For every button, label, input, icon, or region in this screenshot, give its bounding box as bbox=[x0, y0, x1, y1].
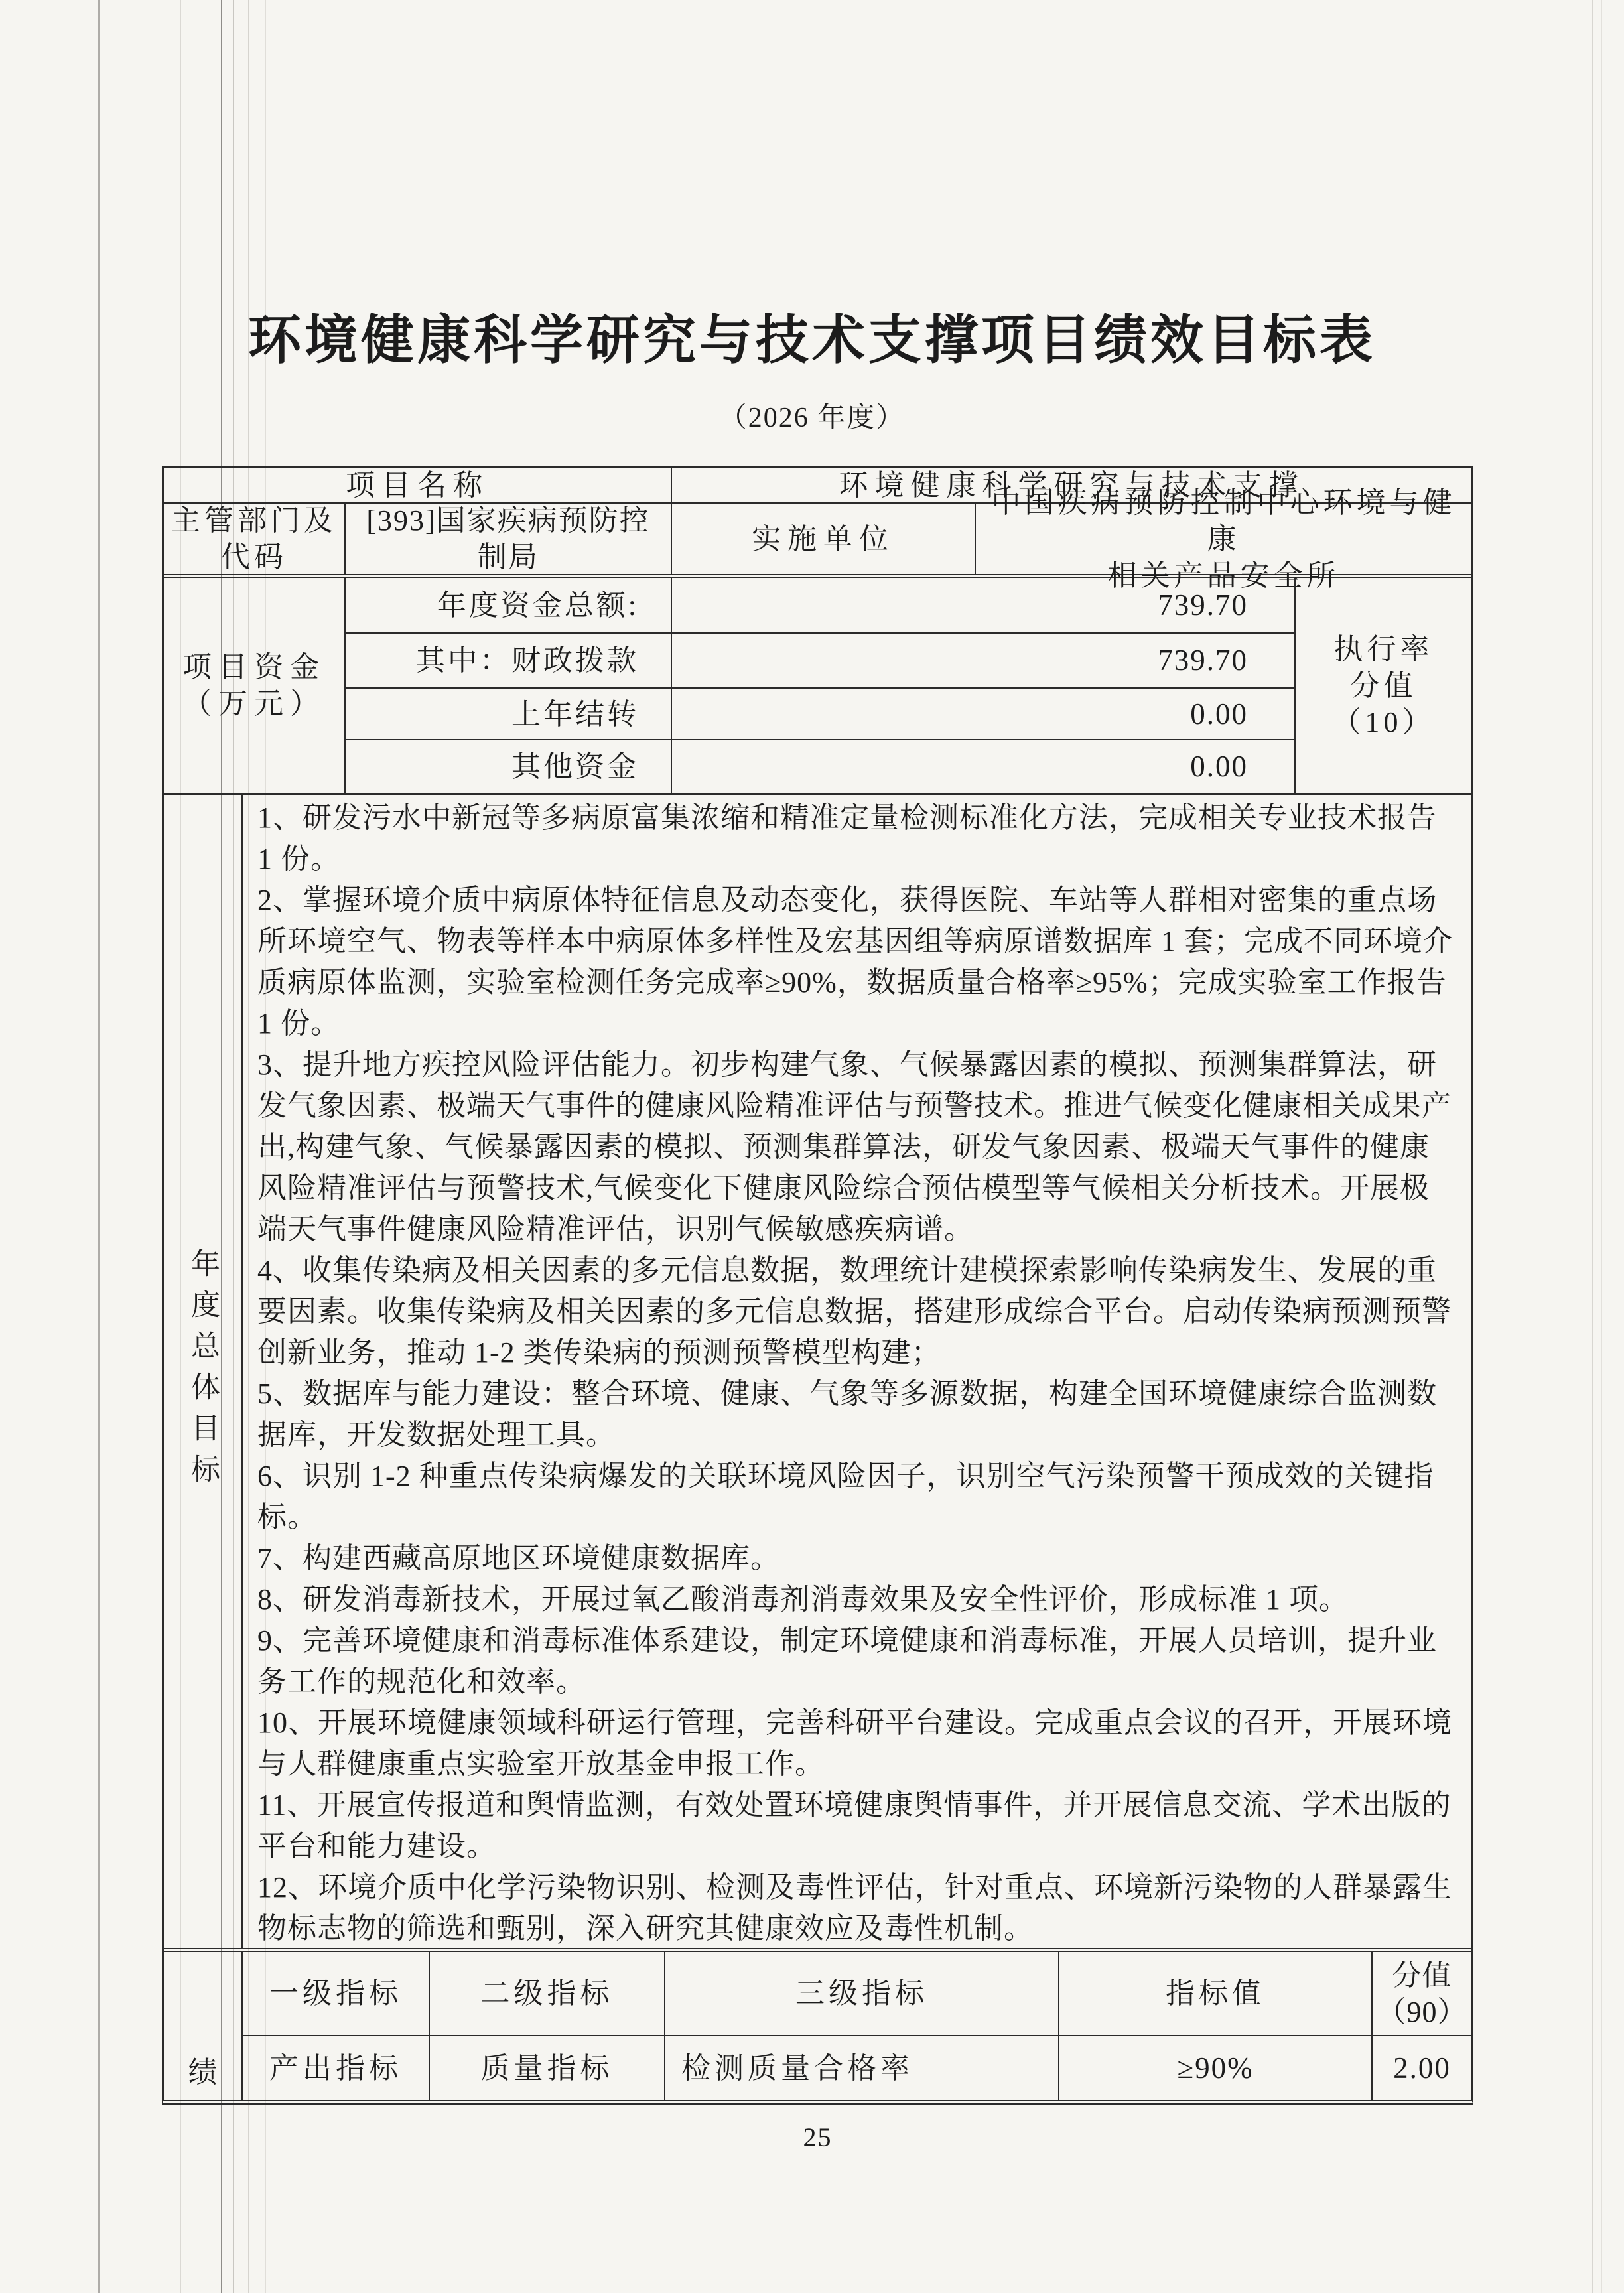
indicator-header-level2: 二级指标 bbox=[430, 1952, 665, 2036]
funding-row-label: 年度资金总额: bbox=[346, 578, 672, 634]
text-line: 务工作的规范化和效率。 bbox=[257, 1661, 586, 1702]
text-line: 据库，开发数据处理工具。 bbox=[257, 1415, 616, 1456]
text-line: 平台和能力建设。 bbox=[257, 1826, 496, 1867]
funding-row-label: 其中：财政拨款 bbox=[346, 634, 672, 689]
funding-row-label: 其他资金 bbox=[346, 740, 672, 793]
table-section-funding: 项目资金（万元） 年度资金总额: 739.70 其中：财政拨款 739.70 上… bbox=[164, 574, 1471, 793]
implementing-unit-value-cell: 中国疾病预防控制中心环境与健康相关产品安全所 bbox=[976, 504, 1471, 574]
document-subtitle: （2026 年度） bbox=[0, 395, 1624, 435]
text-line: 分值 bbox=[1351, 667, 1417, 704]
text-line: 3、提升地方疾控风险评估能力。初步构建气象、气候暴露因素的模拟、预测集群算法，研 bbox=[257, 1044, 1437, 1085]
indicator-header-level3: 三级指标 bbox=[665, 1952, 1059, 2036]
document-title: 环境健康科学研究与技术支撑项目绩效目标表 bbox=[0, 297, 1624, 374]
indicator-cell-level3: 检测质量合格率 bbox=[665, 2036, 1059, 2100]
text-line: 7、构建西藏高原地区环境健康数据库。 bbox=[257, 1538, 780, 1579]
text-line: 4、收集传染病及相关因素的多元信息数据，数理统计建模探索影响传染病发生、发展的重 bbox=[257, 1250, 1437, 1291]
annual-goals-text-cell: 1、研发污水中新冠等多病原富集浓缩和精准定量检测标准化方法，完成相关专业技术报告… bbox=[243, 795, 1471, 1948]
text-line: 制局 bbox=[478, 539, 539, 575]
text-line: 10、开展环境健康领域科研运行管理，完善科研平台建设。完成重点会议的召开，开展环… bbox=[257, 1702, 1452, 1744]
table-section-header: 项目名称 环境健康科学研究与技术支撑 主管部门及代码 [393]国家疾病预防控制… bbox=[164, 468, 1471, 574]
indicator-cell-target: ≥90% bbox=[1059, 2036, 1373, 2100]
text-line: 创新业务，推动 1-2 类传染病的预测预警模型构建； bbox=[257, 1332, 941, 1373]
funding-row-value: 0.00 bbox=[672, 740, 1296, 793]
text-line: 12、环境介质中化学污染物识别、检测及毒性评估，针对重点、环境新污染物的人群暴露… bbox=[257, 1867, 1452, 1908]
text-line: （万元） bbox=[182, 685, 326, 722]
text-line: 8、研发消毒新技术，开展过氧乙酸消毒剂消毒效果及安全性评价，形成标准 1 项。 bbox=[257, 1579, 1349, 1620]
text-line: 代码 bbox=[221, 539, 287, 575]
execution-rate-score-cell: 执行率分值（10） bbox=[1296, 578, 1471, 793]
text-line: 1 份。 bbox=[257, 1003, 340, 1044]
funding-row-value: 739.70 bbox=[672, 578, 1296, 634]
project-name-label-cell: 项目名称 bbox=[164, 468, 672, 504]
text-line: 质病原体监测，实验室检测任务完成率≥90%，数据质量合格率≥95%；完成实验室工… bbox=[257, 962, 1447, 1003]
implementing-unit-label-cell: 实施单位 bbox=[672, 504, 976, 574]
text-line: 所环境空气、物表等样本中病原体多样性及宏基因组等病原谱数据库 1 套；完成不同环… bbox=[257, 921, 1453, 962]
text-line: 6、识别 1-2 种重点传染病爆发的关联环境风险因子，识别空气污染预警干预成效的… bbox=[257, 1456, 1434, 1497]
indicator-header-target: 指标值 bbox=[1059, 1952, 1373, 2036]
text-line: 主管部门及 bbox=[171, 502, 337, 539]
indicator-section-label-cell: 绩 bbox=[164, 1952, 243, 2100]
text-line: 要因素。收集传染病及相关因素的多元信息数据，搭建形成综合平台。启动传染病预测预警 bbox=[257, 1291, 1452, 1332]
text-line: 1、研发污水中新冠等多病原富集浓缩和精准定量检测标准化方法，完成相关专业技术报告 bbox=[257, 798, 1437, 839]
indicator-cell-score: 2.00 bbox=[1373, 2036, 1471, 2100]
indicator-header-score: 分值（90） bbox=[1373, 1952, 1471, 2036]
funding-row-value: 0.00 bbox=[672, 689, 1296, 740]
text-line: 11、开展宣传报道和舆情监测，有效处置环境健康舆情事件，并开展信息交流、学术出版… bbox=[257, 1785, 1451, 1826]
funding-section-label-cell: 项目资金（万元） bbox=[164, 578, 346, 793]
text-line: 1 份。 bbox=[257, 839, 340, 880]
table-section-indicators: 绩 一级指标 二级指标 三级指标 指标值 分值（90） 产出指标 质量指标 检测… bbox=[164, 1948, 1471, 2100]
text-line: 物标志物的筛选和甄别，深入研究其健康效应及毒性机制。 bbox=[257, 1908, 1034, 1949]
text-line: 执行率 bbox=[1334, 631, 1434, 667]
text-line: 9、完善环境健康和消毒标准体系建设，制定环境健康和消毒标准，开展人员培训，提升业 bbox=[257, 1620, 1437, 1661]
text-line: 发气象因素、极端天气事件的健康风险精准评估与预警技术。推进气候变化健康相关成果产 bbox=[257, 1085, 1452, 1127]
funding-row-value: 739.70 bbox=[672, 634, 1296, 689]
funding-row-label: 上年结转 bbox=[346, 689, 672, 740]
text-line: 风险精准评估与预警技术,气候变化下健康风险综合预估模型等气候相关分析技术。开展极 bbox=[257, 1168, 1430, 1209]
text-line: 中国疾病预防控制中心环境与健康 bbox=[976, 484, 1471, 557]
text-line: [393]国家疾病预防控 bbox=[366, 502, 649, 539]
dept-label-cell: 主管部门及代码 bbox=[164, 504, 346, 574]
performance-target-table: 项目名称 环境健康科学研究与技术支撑 主管部门及代码 [393]国家疾病预防控制… bbox=[162, 466, 1473, 2105]
text-line: 出,构建气象、气候暴露因素的模拟、预测集群算法，研发气象因素、极端天气事件的健康 bbox=[257, 1127, 1430, 1168]
text-line: 端天气事件健康风险精准评估，识别气候敏感疾病谱。 bbox=[257, 1209, 974, 1250]
annual-goals-row-label: 年度总体目标 bbox=[164, 795, 243, 1948]
text-line: 5、数据库与能力建设：整合环境、健康、气象等多源数据，构建全国环境健康综合监测数 bbox=[257, 1373, 1437, 1415]
dept-value-cell: [393]国家疾病预防控制局 bbox=[346, 504, 672, 574]
indicator-cell-level2: 质量指标 bbox=[430, 2036, 665, 2100]
page-number: 25 bbox=[162, 2122, 1473, 2153]
text-line: 项目资金 bbox=[182, 649, 326, 685]
scanned-document-page: 环境健康科学研究与技术支撑项目绩效目标表 （2026 年度） 项目名称 环境健康… bbox=[0, 0, 1624, 2293]
indicator-cell-level1: 产出指标 bbox=[243, 2036, 430, 2100]
indicator-header-level1: 一级指标 bbox=[243, 1952, 430, 2036]
text-line: 与人群健康重点实验室开放基金申报工作。 bbox=[257, 1744, 825, 1785]
text-line: （10） bbox=[1332, 704, 1436, 740]
text-line: 2、掌握环境介质中病原体特征信息及动态变化，获得医院、车站等人群相对密集的重点场 bbox=[257, 880, 1437, 921]
table-section-annual-goals: 年度总体目标 1、研发污水中新冠等多病原富集浓缩和精准定量检测标准化方法，完成相… bbox=[164, 793, 1471, 1948]
text-line: （90） bbox=[1377, 1994, 1467, 2030]
text-line: 分值 bbox=[1392, 1957, 1452, 1994]
text-line: 标。 bbox=[257, 1497, 317, 1538]
